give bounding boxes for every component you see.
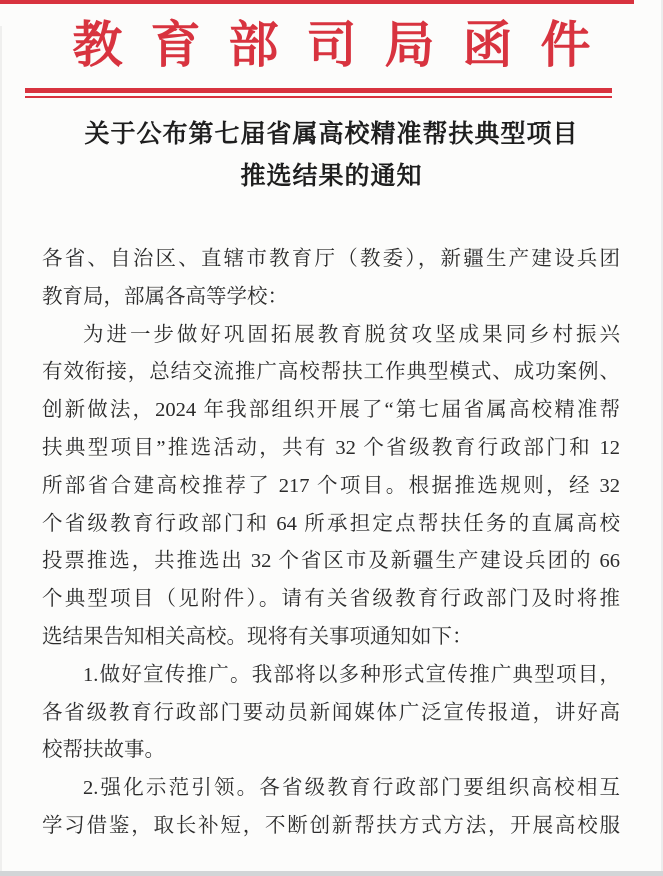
- body-line: 选结果告知相关高校。现将有关事项通知如下：: [42, 619, 620, 657]
- body-line: 创新做法，2024 年我部组织开展了“第七届省属高校精准帮: [42, 392, 620, 430]
- body-text: 各省、自治区、直辖市教育厅（教委），新疆生产建设兵团 教育局，部属各高等学校： …: [42, 241, 620, 846]
- top-red-rule: [0, 0, 634, 4]
- body-line: 所部省合建高校推荐了 217 个项目。根据推选规则，经 32: [42, 468, 620, 506]
- body-line: 校帮扶故事。: [42, 732, 620, 770]
- document-title-line-1: 关于公布第七届省属高校精准帮扶典型项目: [0, 114, 663, 156]
- document-title: 关于公布第七届省属高校精准帮扶典型项目 推选结果的通知: [0, 114, 663, 198]
- body-line: 各省、自治区、直辖市教育厅（教委），新疆生产建设兵团: [42, 241, 620, 279]
- body-line: 个省级教育行政部门和 64 所承担定点帮扶任务的直属高校: [42, 506, 620, 544]
- scan-edge-left: [0, 26, 2, 876]
- document-title-line-2: 推选结果的通知: [0, 156, 663, 198]
- body-line: 各省级教育行政部门要动员新闻媒体广泛宣传报道，讲好高: [42, 695, 620, 733]
- separator-rule-thick: [25, 88, 612, 93]
- body-line: 个典型项目（见附件）。请有关省级教育行政部门及时将推: [42, 581, 620, 619]
- scan-edge-bottom: [0, 871, 663, 876]
- body-line: 扶典型项目”推选活动，共有 32 个省级教育行政部门和 12: [42, 430, 620, 468]
- body-line: 2.强化示范引领。各省级教育行政部门要组织高校相互: [42, 770, 620, 808]
- body-line: 教育局，部属各高等学校：: [42, 279, 620, 317]
- letterhead-title: 教育部司局函件: [0, 12, 663, 78]
- body-line: 学习借鉴，取长补短，不断创新帮扶方式方法，开展高校服: [42, 808, 620, 846]
- separator-rule-thin: [25, 96, 612, 98]
- body-line: 有效衔接，总结交流推广高校帮扶工作典型模式、成功案例、: [42, 354, 620, 392]
- body-line: 1.做好宣传推广。我部将以多种形式宣传推广典型项目，: [42, 657, 620, 695]
- body-line: 为进一步做好巩固拓展教育脱贫攻坚成果同乡村振兴: [42, 317, 620, 355]
- scanned-document-page: 教育部司局函件 关于公布第七届省属高校精准帮扶典型项目 推选结果的通知 各省、自…: [0, 0, 663, 876]
- body-line: 投票推选，共推选出 32 个省区市及新疆生产建设兵团的 66: [42, 543, 620, 581]
